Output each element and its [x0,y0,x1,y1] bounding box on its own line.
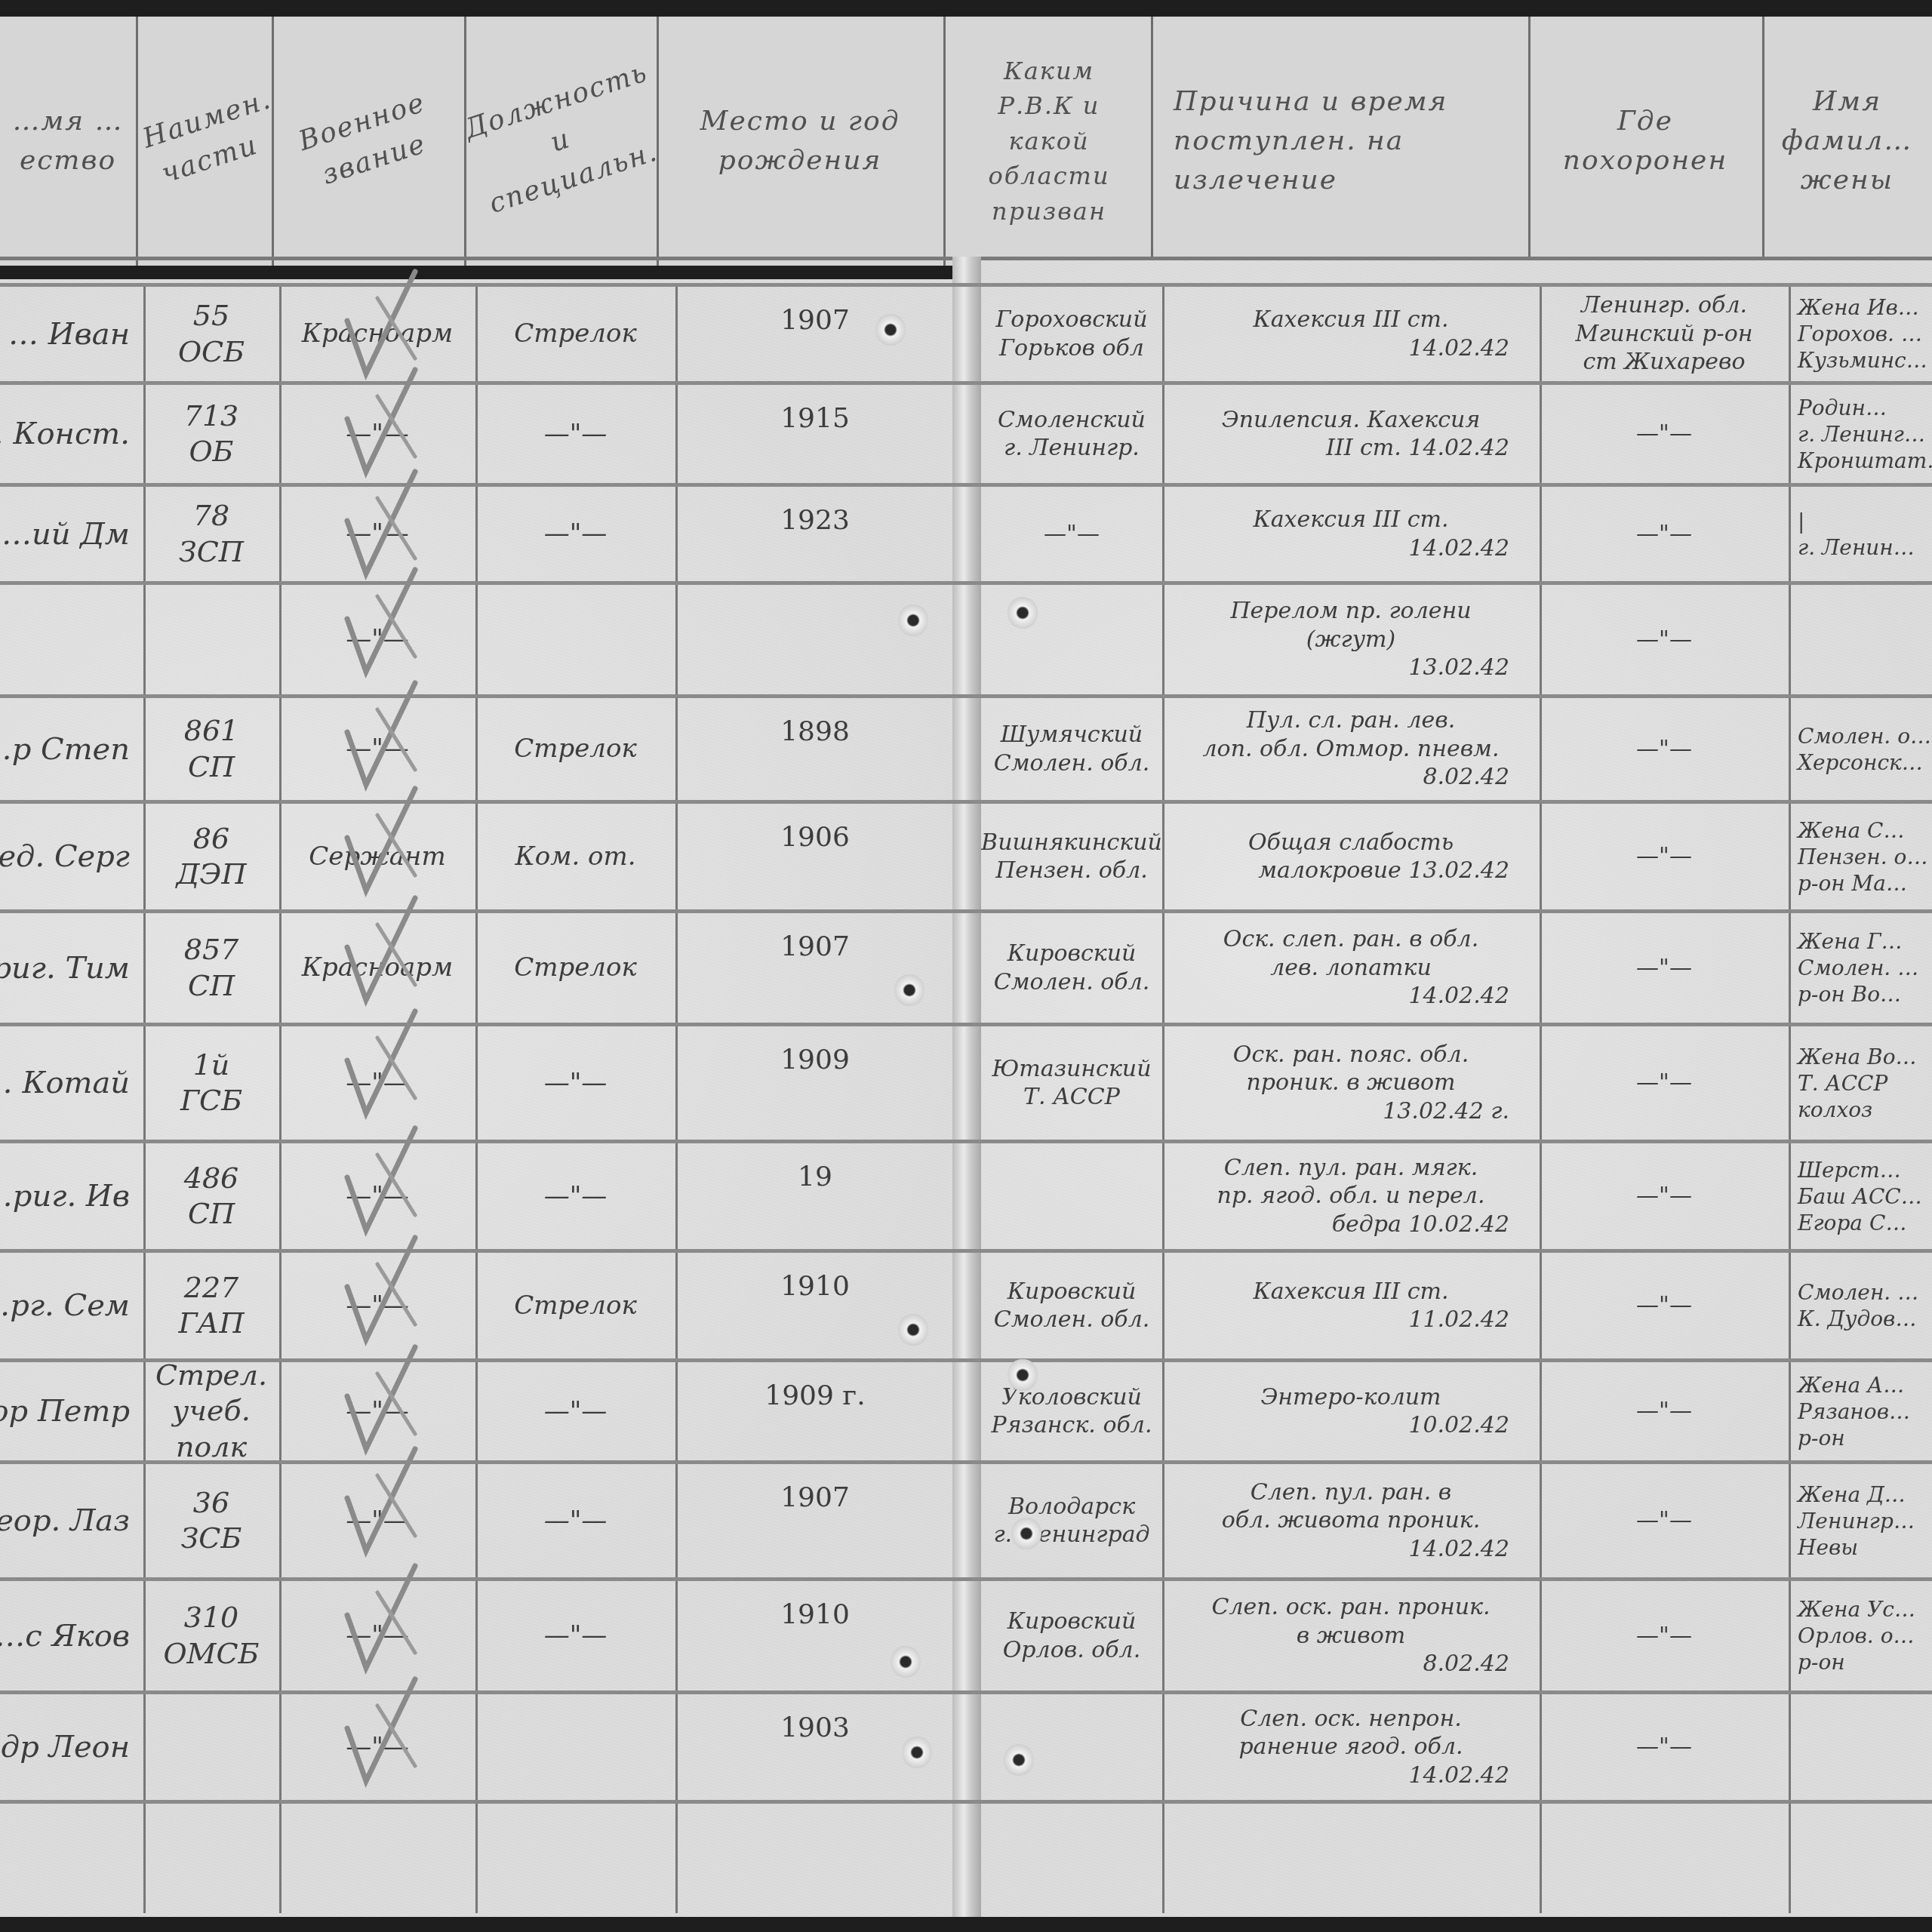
cell-name: … Котай [0,1026,143,1140]
cell-rank: Сержант [279,804,475,909]
staple-hole-icon [891,1645,921,1678]
cell-text: ст Жихарево [1583,348,1745,377]
cell-text: Горьков обл [999,334,1144,363]
cell-position: —"— [475,1362,675,1460]
cell-text: Вишнякинский [981,829,1162,857]
cell-text: —"— [1636,1397,1692,1426]
cell-text: СП [188,749,235,786]
cell-kin [1789,1694,1932,1800]
cell-text: —"— [346,1180,409,1213]
cell-rvk: ГороховскийГорьков обл [981,287,1162,381]
cell-burial: —"— [1540,385,1789,483]
cell-rvk: ВишнякинскийПензен. обл. [981,804,1162,909]
staple-hole-icon [875,313,906,346]
cell-text: ОБ [189,434,233,470]
cell-text: —"— [346,1620,409,1652]
cell-text: 310 [184,1600,239,1636]
staple-hole-icon [898,604,928,637]
cell-text: … Котай [0,1064,130,1102]
staple-hole-icon [898,1313,928,1346]
header-rvk-text: Каким Р.В.К и какой области призван [962,54,1136,229]
cell-kin: Жена С…Пензен. о…р-он Ма… [1789,804,1932,909]
cell-rvk: КировскийОрлов. обл. [981,1581,1162,1690]
cell-text: Оск. слеп. ран. в обл. [1223,925,1478,954]
cell-text: —"— [544,518,608,550]
cell-text: Орлов. о… [1798,1623,1915,1649]
cell-text: —"— [544,1395,608,1428]
book-gutter [952,257,981,1917]
cell-position: —"— [475,385,675,483]
cell-text: бедра 10.02.42 [1332,1211,1509,1239]
cell-cause: Кахексия III ст.14.02.42 [1162,287,1540,381]
cell-text: Смолен. обл. [994,1306,1150,1334]
cell-text: в живот [1297,1622,1405,1651]
cell-text: —"— [1636,1182,1692,1211]
cell-text: 713 [184,398,239,435]
cell-text: …с Яков [0,1617,130,1655]
cell-text: Пензен. обл. [995,857,1148,885]
cell-rank: Красноарм [279,287,475,381]
cell-text: Невы [1798,1534,1858,1561]
cell-text: лоп. обл. Отмор. пневм. [1202,735,1499,764]
cell-unit: 227ГАП [143,1253,279,1358]
cell-text: Жена Г… [1798,928,1903,955]
cell-rank: —"— [279,698,475,800]
cell-text: Стрел. [155,1362,267,1393]
cell-rvk: ШумячскийСмолен. обл. [981,698,1162,800]
header-position: Должность и специальн. [464,17,659,266]
header-cause-text: Причина и время поступлен. на излечение [1174,82,1506,201]
row-rule [0,1800,1932,1804]
cell-text: р-он Ма… [1798,870,1907,897]
cell-position: —"— [475,1581,675,1690]
cell-position [475,585,675,694]
cell-kin: Жена Ив…Горохов. …Кузьминс… [1789,287,1932,381]
cell-text: … Иван [8,315,130,353]
staple-hole-icon [894,974,924,1007]
cell-cause: Слеп. оск. непрон.ранение ягод. обл.14.0… [1162,1694,1540,1800]
cell-text: Херсонск… [1798,749,1923,776]
cell-text: Слеп. оск. ран. проник. [1211,1593,1490,1622]
cell-text: Кахексия III ст. [1253,1278,1448,1306]
cell-text: ЗСП [179,534,244,571]
cell-text: Кировский [1008,1278,1137,1306]
cell-text: Смолен. обл. [994,968,1150,997]
cell-name: … Геор. Лаз [0,1464,143,1577]
cell-position: Стрелок [475,287,675,381]
cell-cause: Кахексия III ст.11.02.42 [1162,1253,1540,1358]
cell-text: Слеп. пул. ран. мягк. [1224,1154,1478,1183]
cell-text: —"— [544,1067,608,1100]
cell-unit: 861СП [143,698,279,800]
cell-text: Смолен. … [1798,955,1918,981]
cell-text: 227 [184,1270,239,1306]
cell-text: 78 [193,498,229,534]
header-position-text: Должность и специальн. [460,58,661,224]
cell-unit: 713ОБ [143,385,279,483]
cell-name [0,585,143,694]
cell-kin: Смолен. о…Херсонск… [1789,698,1932,800]
cell-unit: 55ОСБ [143,287,279,381]
staple-hole-icon [902,1736,932,1769]
cell-text: III ст. 14.02.42 [1326,434,1509,463]
cell-text: —"— [1636,735,1692,764]
cell-text: —"— [1044,520,1100,549]
cell-text: 14.02.42 [1408,1535,1509,1564]
cell-burial: Ленингр. обл.Мгинский р-онст Жихарево [1540,287,1789,381]
cell-birth: 1915 [675,385,955,483]
cell-name: …с Яков [0,1581,143,1690]
cell-text: …ий Дм [2,515,130,553]
cell-text: Эпилепсия. Кахексия [1222,406,1481,435]
cell-text: СП [188,968,235,1004]
cell-text: Ленингр… [1798,1508,1915,1534]
cell-text: г. Ленин… [1798,534,1915,561]
cell-text: Т. АССР [1023,1083,1120,1112]
cell-text: Общая слабость [1248,829,1454,857]
cell-text: Т. АССР [1798,1070,1887,1097]
cell-unit: 36ЗСБ [143,1464,279,1577]
cell-text: 11.02.42 [1408,1306,1509,1334]
cell-text: Перелом пр. голени [1230,597,1471,626]
cell-cause: Перелом пр. голени(жгут)13.02.42 [1162,585,1540,694]
cell-text: учеб. [172,1393,250,1429]
cell-position: —"— [475,1464,675,1577]
cell-name: … Ал-др Леон [0,1694,143,1800]
cell-text: Стрелок [514,318,637,350]
cell-cause: Слеп. пул. ран. вобл. живота проник.14.0… [1162,1464,1540,1577]
cell-unit: Стрел.учеб.полк [143,1362,279,1460]
cell-text: —"— [346,733,409,765]
cell-burial: —"— [1540,913,1789,1023]
cell-text: Родин… [1798,395,1887,421]
cell-text: 19 [798,1160,832,1194]
cell-birth: 19 [675,1143,955,1249]
cell-kin: Жена Во…Т. АССРколхоз [1789,1026,1932,1140]
cell-rank: —"— [279,1253,475,1358]
cell-kin: Родин…г. Ленинг…Кронштат… [1789,385,1932,483]
cell-text: ГСБ [180,1083,242,1119]
cell-text: Егора С… [1798,1210,1906,1236]
cell-kin: Шерст…Баш АСС…Егора С… [1789,1143,1932,1249]
cell-text: 1915 [780,401,850,435]
cell-text: Жена А… [1798,1372,1904,1398]
cell-birth: 1898 [675,698,955,800]
staple-hole-icon [1004,1743,1034,1777]
cell-unit: 486СП [143,1143,279,1249]
cell-text: —"— [1636,626,1692,654]
cell-name: … Иван [0,287,143,381]
cell-unit: 857СП [143,913,279,1023]
cell-text: Смолен. о… [1798,723,1931,749]
cell-text: 1910 [780,1269,850,1303]
cell-text: —"— [1636,1291,1692,1320]
cell-position [475,1694,675,1800]
cell-cause: Слеп. оск. ран. проник.в живот8.02.42 [1162,1581,1540,1690]
cell-text: Рязанов… [1798,1398,1910,1425]
cell-text: —"— [544,1620,608,1652]
cell-text: 86 [193,821,229,857]
cell-text: 36 [193,1485,229,1521]
cell-text: Ленингр. обл. [1581,291,1747,320]
cell-rvk: Володарскг. Ленинград [981,1464,1162,1577]
cell-text: 1й [193,1048,230,1084]
cell-text: ОСБ [178,334,245,371]
cell-text: …дор Петр [0,1392,130,1430]
cell-burial: —"— [1540,1026,1789,1140]
cell-text: —"— [544,418,608,451]
cell-text: 1910 [780,1598,850,1632]
cell-text: Жена С… [1798,817,1905,844]
cell-text: … Конст. [0,415,130,453]
cell-name: …ед. Серг [0,804,143,909]
cell-text: 1903 [780,1711,850,1745]
cell-text: 14.02.42 [1408,1761,1509,1790]
cell-text: —"— [1636,420,1692,448]
cell-text: Ком. от. [515,841,635,873]
cell-text: —"— [544,1505,608,1537]
cell-kin [1789,585,1932,694]
cell-position: —"— [475,1026,675,1140]
cell-text: малокровие 13.02.42 [1258,857,1509,885]
cell-text: 13.02.42 г. [1383,1097,1509,1126]
cell-text: 10.02.42 [1408,1411,1509,1440]
cell-text: Стрелок [514,733,637,765]
cell-text: —"— [346,1067,409,1100]
staple-hole-icon [1008,1358,1038,1392]
cell-birth: 1907 [675,287,955,381]
header-kin: Имя фамил… жены [1762,17,1932,266]
cell-text: Баш АСС… [1798,1183,1922,1210]
cell-text: Мгинский р-он [1575,320,1752,349]
cell-text: Кировский [1008,940,1137,968]
cell-kin: Жена Г…Смолен. …р-он Во… [1789,913,1932,1023]
cell-text: г. Ленингр. [1004,434,1140,463]
staple-hole-icon [1011,1517,1041,1550]
cell-rvk [981,1143,1162,1249]
cell-birth: 1906 [675,804,955,909]
cell-text: 8.02.42 [1423,1650,1509,1678]
header-birth: Место и год рождения [657,17,946,266]
cell-kin: |г. Ленин… [1789,487,1932,581]
cell-text: 1906 [780,820,850,854]
cell-burial: —"— [1540,1581,1789,1690]
cell-burial: —"— [1540,1464,1789,1577]
cell-text: Кронштат… [1798,448,1932,474]
cell-text: … Ал-др Леон [0,1728,130,1766]
cell-text: Рязанск. обл. [992,1411,1152,1440]
cell-burial: —"— [1540,1253,1789,1358]
cell-rank: —"— [279,1581,475,1690]
cell-text: Шумячский [1001,721,1143,749]
cell-text: —"— [1636,1069,1692,1097]
cell-text: …р Степ [0,731,130,768]
cell-text: —"— [346,623,409,656]
header-unit-text: Наимен. части [138,86,270,196]
cell-text: Кузьминс… [1798,347,1927,374]
cell-text: 14.02.42 [1408,334,1509,363]
cell-text: Гороховский [996,306,1148,334]
cell-text: р-он [1798,1425,1845,1451]
cell-text: Смолен. обл. [994,749,1150,778]
cell-kin: Жена Ус…Орлов. о…р-он [1789,1581,1932,1690]
cell-text: Жена Ус… [1798,1596,1915,1623]
cell-birth [675,585,955,694]
header-kin-text: Имя фамил… жены [1780,82,1915,201]
cell-rvk: —"— [981,487,1162,581]
cell-text: колхоз [1798,1097,1872,1123]
cell-text: Слеп. оск. непрон. [1240,1705,1461,1734]
cell-text: Жена Ив… [1798,294,1919,321]
cell-text: 1909 г. [764,1379,865,1413]
cell-cause: Оск. слеп. ран. в обл.лев. лопатки14.02.… [1162,913,1540,1023]
cell-text: ДЭП [176,857,246,893]
cell-cause: Общая слабостьмалокровие 13.02.42 [1162,804,1540,909]
staple-hole-icon [1008,596,1038,629]
cell-text: Смоленский [998,406,1146,435]
cell-birth: 1909 г. [675,1362,955,1460]
cell-name: …ий Дм [0,487,143,581]
cell-burial: —"— [1540,1362,1789,1460]
cell-text: 55 [193,298,229,334]
cell-text: … Геор. Лаз [0,1502,130,1540]
cell-text: р-он Во… [1798,981,1901,1008]
cell-text: ОМСБ [163,1636,259,1672]
cell-text: —"— [1636,1622,1692,1651]
cell-rvk: Смоленскийг. Ленингр. [981,385,1162,483]
cell-text: 1923 [780,503,850,537]
header-name: …мя …ество [0,17,138,266]
cell-text: Пул. сл. ран. лев. [1247,706,1456,735]
cell-rank: —"— [279,1694,475,1800]
cell-rvk: КировскийСмолен. обл. [981,913,1162,1023]
cell-burial: —"— [1540,1143,1789,1249]
cell-text: СП [188,1196,235,1232]
cell-text: Кахексия III ст. [1253,506,1448,534]
cell-position: Стрелок [475,1253,675,1358]
header-cause: Причина и время поступлен. на излечение [1151,17,1531,266]
cell-text: 857 [184,932,239,968]
cell-text: Горохов. … [1798,321,1922,347]
cell-text: Орлов. обл. [1003,1636,1141,1665]
header-rvk: Каким Р.В.К и какой области призван [947,17,1153,266]
cell-rank: —"— [279,1026,475,1140]
cell-text: пр. ягод. обл. и перел. [1217,1182,1485,1211]
cell-unit: 310ОМСБ [143,1581,279,1690]
cell-text: —"— [1636,842,1692,871]
cell-text: …риг. Тим [0,949,130,987]
cell-text: 1907 [780,1481,850,1515]
cell-rank: —"— [279,1362,475,1460]
cell-text: | [1798,508,1804,534]
cell-name: …дор Петр [0,1362,143,1460]
cell-text: проник. в живот [1246,1069,1455,1097]
cell-text: Стрелок [514,952,637,984]
cell-unit [143,1694,279,1800]
cell-text: —"— [346,418,409,451]
cell-name: …риг. Ив [0,1143,143,1249]
cell-text: (жгут) [1306,626,1396,654]
cell-rank: Красноарм [279,913,475,1023]
cell-text: 486 [184,1161,239,1197]
cell-rank: —"— [279,585,475,694]
cell-unit: 1йГСБ [143,1026,279,1140]
cell-text: 861 [184,713,239,749]
cell-text: Пензен. о… [1798,844,1927,870]
cell-name: … Конст. [0,385,143,483]
cell-text: Шерст… [1798,1157,1901,1183]
cell-text: 1909 [780,1043,850,1077]
cell-rvk: ЮтазинскийТ. АССР [981,1026,1162,1140]
header-name-text: …мя …ество [0,102,136,180]
cell-text: —"— [544,1180,608,1213]
cell-text: р-он [1798,1649,1845,1675]
cell-text: 13.02.42 [1408,654,1509,682]
header-burial: Где похоронен [1528,17,1764,266]
cell-text: Жена Д… [1798,1481,1906,1508]
cell-cause: Оск. ран. пояс. обл.проник. в живот13.02… [1162,1026,1540,1140]
cell-text: —"— [346,1505,409,1537]
cell-text: Жена Во… [1798,1044,1917,1070]
cell-text: 14.02.42 [1408,534,1509,563]
cell-text: Стрелок [514,1290,637,1322]
cell-text: ЗСБ [181,1521,242,1557]
cell-rank: —"— [279,1464,475,1577]
cell-position: Ком. от. [475,804,675,909]
cell-position: —"— [475,487,675,581]
cell-rank: —"— [279,385,475,483]
cell-position: Стрелок [475,698,675,800]
cell-cause: Слеп. пул. ран. мягк.пр. ягод. обл. и пе… [1162,1143,1540,1249]
cell-text: К. Дудов… [1798,1306,1916,1332]
cell-text: 1907 [780,303,850,337]
cell-position: —"— [475,1143,675,1249]
cell-text: —"— [346,518,409,550]
cell-text: ГАП [178,1306,244,1342]
cell-text: Красноарм [302,318,453,350]
cell-text: Кахексия III ст. [1253,306,1448,334]
cell-burial: —"— [1540,698,1789,800]
cell-text: г. Ленинг… [1798,421,1925,448]
cell-text: 8.02.42 [1423,763,1509,792]
header-unit: Наимен. части [136,17,274,266]
cell-rvk: КировскийСмолен. обл. [981,1253,1162,1358]
cell-unit: 78ЗСП [143,487,279,581]
cell-text: ранение ягод. обл. [1238,1733,1463,1761]
cell-text: —"— [346,1731,409,1764]
cell-text: 1907 [780,930,850,964]
cell-text: —"— [1636,520,1692,549]
cell-burial: —"— [1540,487,1789,581]
cell-text: —"— [346,1290,409,1322]
cell-birth: 1909 [675,1026,955,1140]
cell-cause: Энтеро-колит10.02.42 [1162,1362,1540,1460]
cell-burial: —"— [1540,585,1789,694]
cell-text: обл. живота проник. [1222,1506,1480,1535]
cell-cause: Кахексия III ст.14.02.42 [1162,487,1540,581]
cell-cause: Эпилепсия. КахексияIII ст. 14.02.42 [1162,385,1540,483]
cell-birth: 1923 [675,487,955,581]
cell-name: …риг. Тим [0,913,143,1023]
cell-text: …риг. Ив [0,1177,130,1215]
cell-unit: 86ДЭП [143,804,279,909]
cell-text: лев. лопатки [1270,954,1431,983]
cell-text: …ед. Серг [0,838,130,875]
cell-text: Смолен. … [1798,1279,1918,1306]
header-rank: Военное звание [272,17,466,266]
cell-text: полк [176,1429,247,1460]
cell-text: —"— [1636,1506,1692,1535]
